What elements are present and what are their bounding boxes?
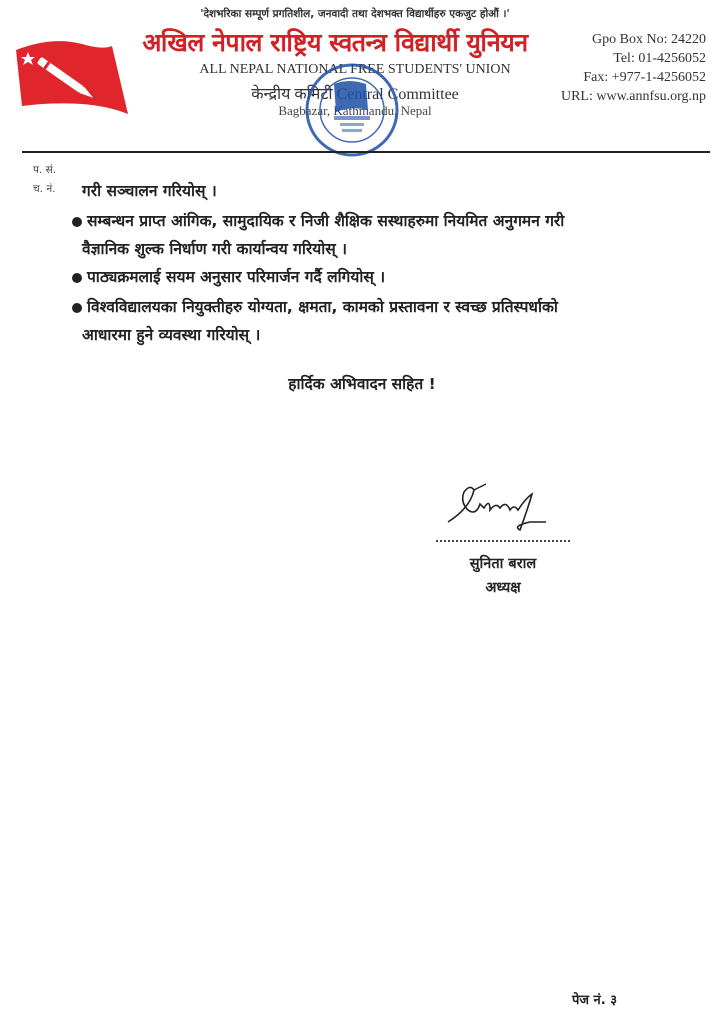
motto: 'देशभरिका सम्पूर्ण प्रगतिशील, जनवादी तथा… — [150, 7, 560, 21]
page-number: पेज नं. ३ — [572, 990, 617, 1008]
bullet-icon — [72, 217, 82, 227]
bullet-item: सम्बन्धन प्राप्त आंगिक, सामुदायिक र निजी… — [72, 208, 564, 234]
bullet-icon — [72, 303, 82, 313]
bullet-item: विश्वविद्यालयका नियुक्तीहरु योग्यता, क्ष… — [72, 294, 558, 320]
org-name-nepali: अखिल नेपाल राष्ट्रिय स्वतन्त्र विद्यार्थ… — [115, 25, 555, 59]
reference-ps: प. सं. — [33, 163, 56, 177]
header-divider — [22, 151, 710, 153]
signatory-name: सुनिता बराल — [436, 553, 570, 573]
reference-cn: च. नं. — [33, 182, 56, 196]
po-box: Gpo Box No: 24220 — [561, 30, 706, 49]
contact-block: Gpo Box No: 24220 Tel: 01-4256052 Fax: +… — [561, 30, 706, 106]
bullet-item: पाठ्यक्रमलाई सयम अनुसार परिमार्जन गर्दै … — [72, 264, 385, 290]
fax: Fax: +977-1-4256052 — [561, 68, 706, 87]
telephone: Tel: 01-4256052 — [561, 49, 706, 68]
signatory-title: अध्यक्ष — [436, 577, 570, 597]
flag-logo-icon — [12, 36, 130, 118]
closing-greeting: हार्दिक अभिवादन सहित ! — [0, 372, 724, 394]
bullet-item-continuation: वैज्ञानिक शुल्क निर्धाण गरी कार्यान्वय ग… — [82, 236, 347, 262]
signature-line — [436, 540, 570, 542]
website-url[interactable]: URL: www.annfsu.org.np — [561, 87, 706, 106]
signature-icon — [440, 478, 550, 538]
intro-line: गरी सञ्चालन गरियोस् । — [82, 178, 217, 204]
seal-stamp-icon — [304, 62, 400, 158]
bullet-item-continuation: आधारमा हुने व्यवस्था गरियोस् । — [82, 322, 260, 348]
bullet-icon — [72, 273, 82, 283]
